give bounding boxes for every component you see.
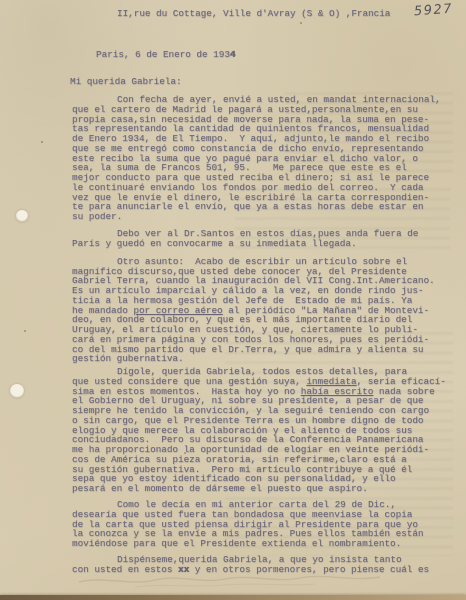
paragraph: Otro asunto: Acabo de escribir un artícu… xyxy=(72,257,454,364)
scan-speck xyxy=(118,247,120,249)
scanned-letter-page: II,rue du Cottage, Ville d'Avray (S & O)… xyxy=(0,0,466,600)
paragraph: Dígole, querida Gabriela, todos estos de… xyxy=(72,367,454,494)
typed-text: gestión gubernativa. xyxy=(72,353,184,364)
page-bottom-edge xyxy=(0,595,466,600)
typed-line: moviéndose para que el Presidente extien… xyxy=(72,539,454,549)
scan-speck xyxy=(41,141,43,143)
dateline: Paris, 6 de Enero de 1934 xyxy=(96,50,236,60)
typed-line: París y quedó en convocarme a su inmedia… xyxy=(72,239,454,249)
header-address: II,rue du Cottage, Ville d'Avray (S & O)… xyxy=(117,9,390,19)
hole-punch xyxy=(10,384,24,398)
typed-text: 4 xyxy=(230,49,236,60)
paragraph: Con fecha de ayer, envié a usted, en man… xyxy=(72,95,454,222)
scan-speck xyxy=(24,330,26,332)
handwritten-page-number: 5927 xyxy=(414,2,454,20)
typed-line: te para anunciarle el envío, que ya a es… xyxy=(72,202,454,212)
typed-text: pesará en el momento de dárseme el puest… xyxy=(72,483,368,494)
typed-text: Paris, 6 de Enero de 193 xyxy=(96,49,230,60)
paragraph: Como le decía en mi anterior carta del 2… xyxy=(72,500,454,549)
typed-text: París y quedó en convocarme a su inmedia… xyxy=(72,238,357,249)
typed-line: gestión gubernativa. xyxy=(72,354,454,364)
handwriting-bleedthrough xyxy=(75,568,385,590)
typed-line: pesará en el momento de dárseme el puest… xyxy=(72,484,454,494)
typed-text: te para anunciarle el envío, que ya a es… xyxy=(72,201,423,212)
scan-speck xyxy=(300,22,302,24)
scan-speck xyxy=(184,452,186,454)
letter-body: Con fecha de ayer, envié a usted, en man… xyxy=(72,95,454,575)
typed-text: su poder. xyxy=(72,211,122,222)
hole-punch xyxy=(16,210,28,222)
paragraph: Debo ver al Dr.Santos en estos días,pues… xyxy=(72,229,454,249)
salutation: Mi querida Gabriela: xyxy=(70,77,182,87)
typed-line: su poder. xyxy=(72,212,454,222)
typed-text: moviéndose para que el Presidente extien… xyxy=(72,538,401,549)
